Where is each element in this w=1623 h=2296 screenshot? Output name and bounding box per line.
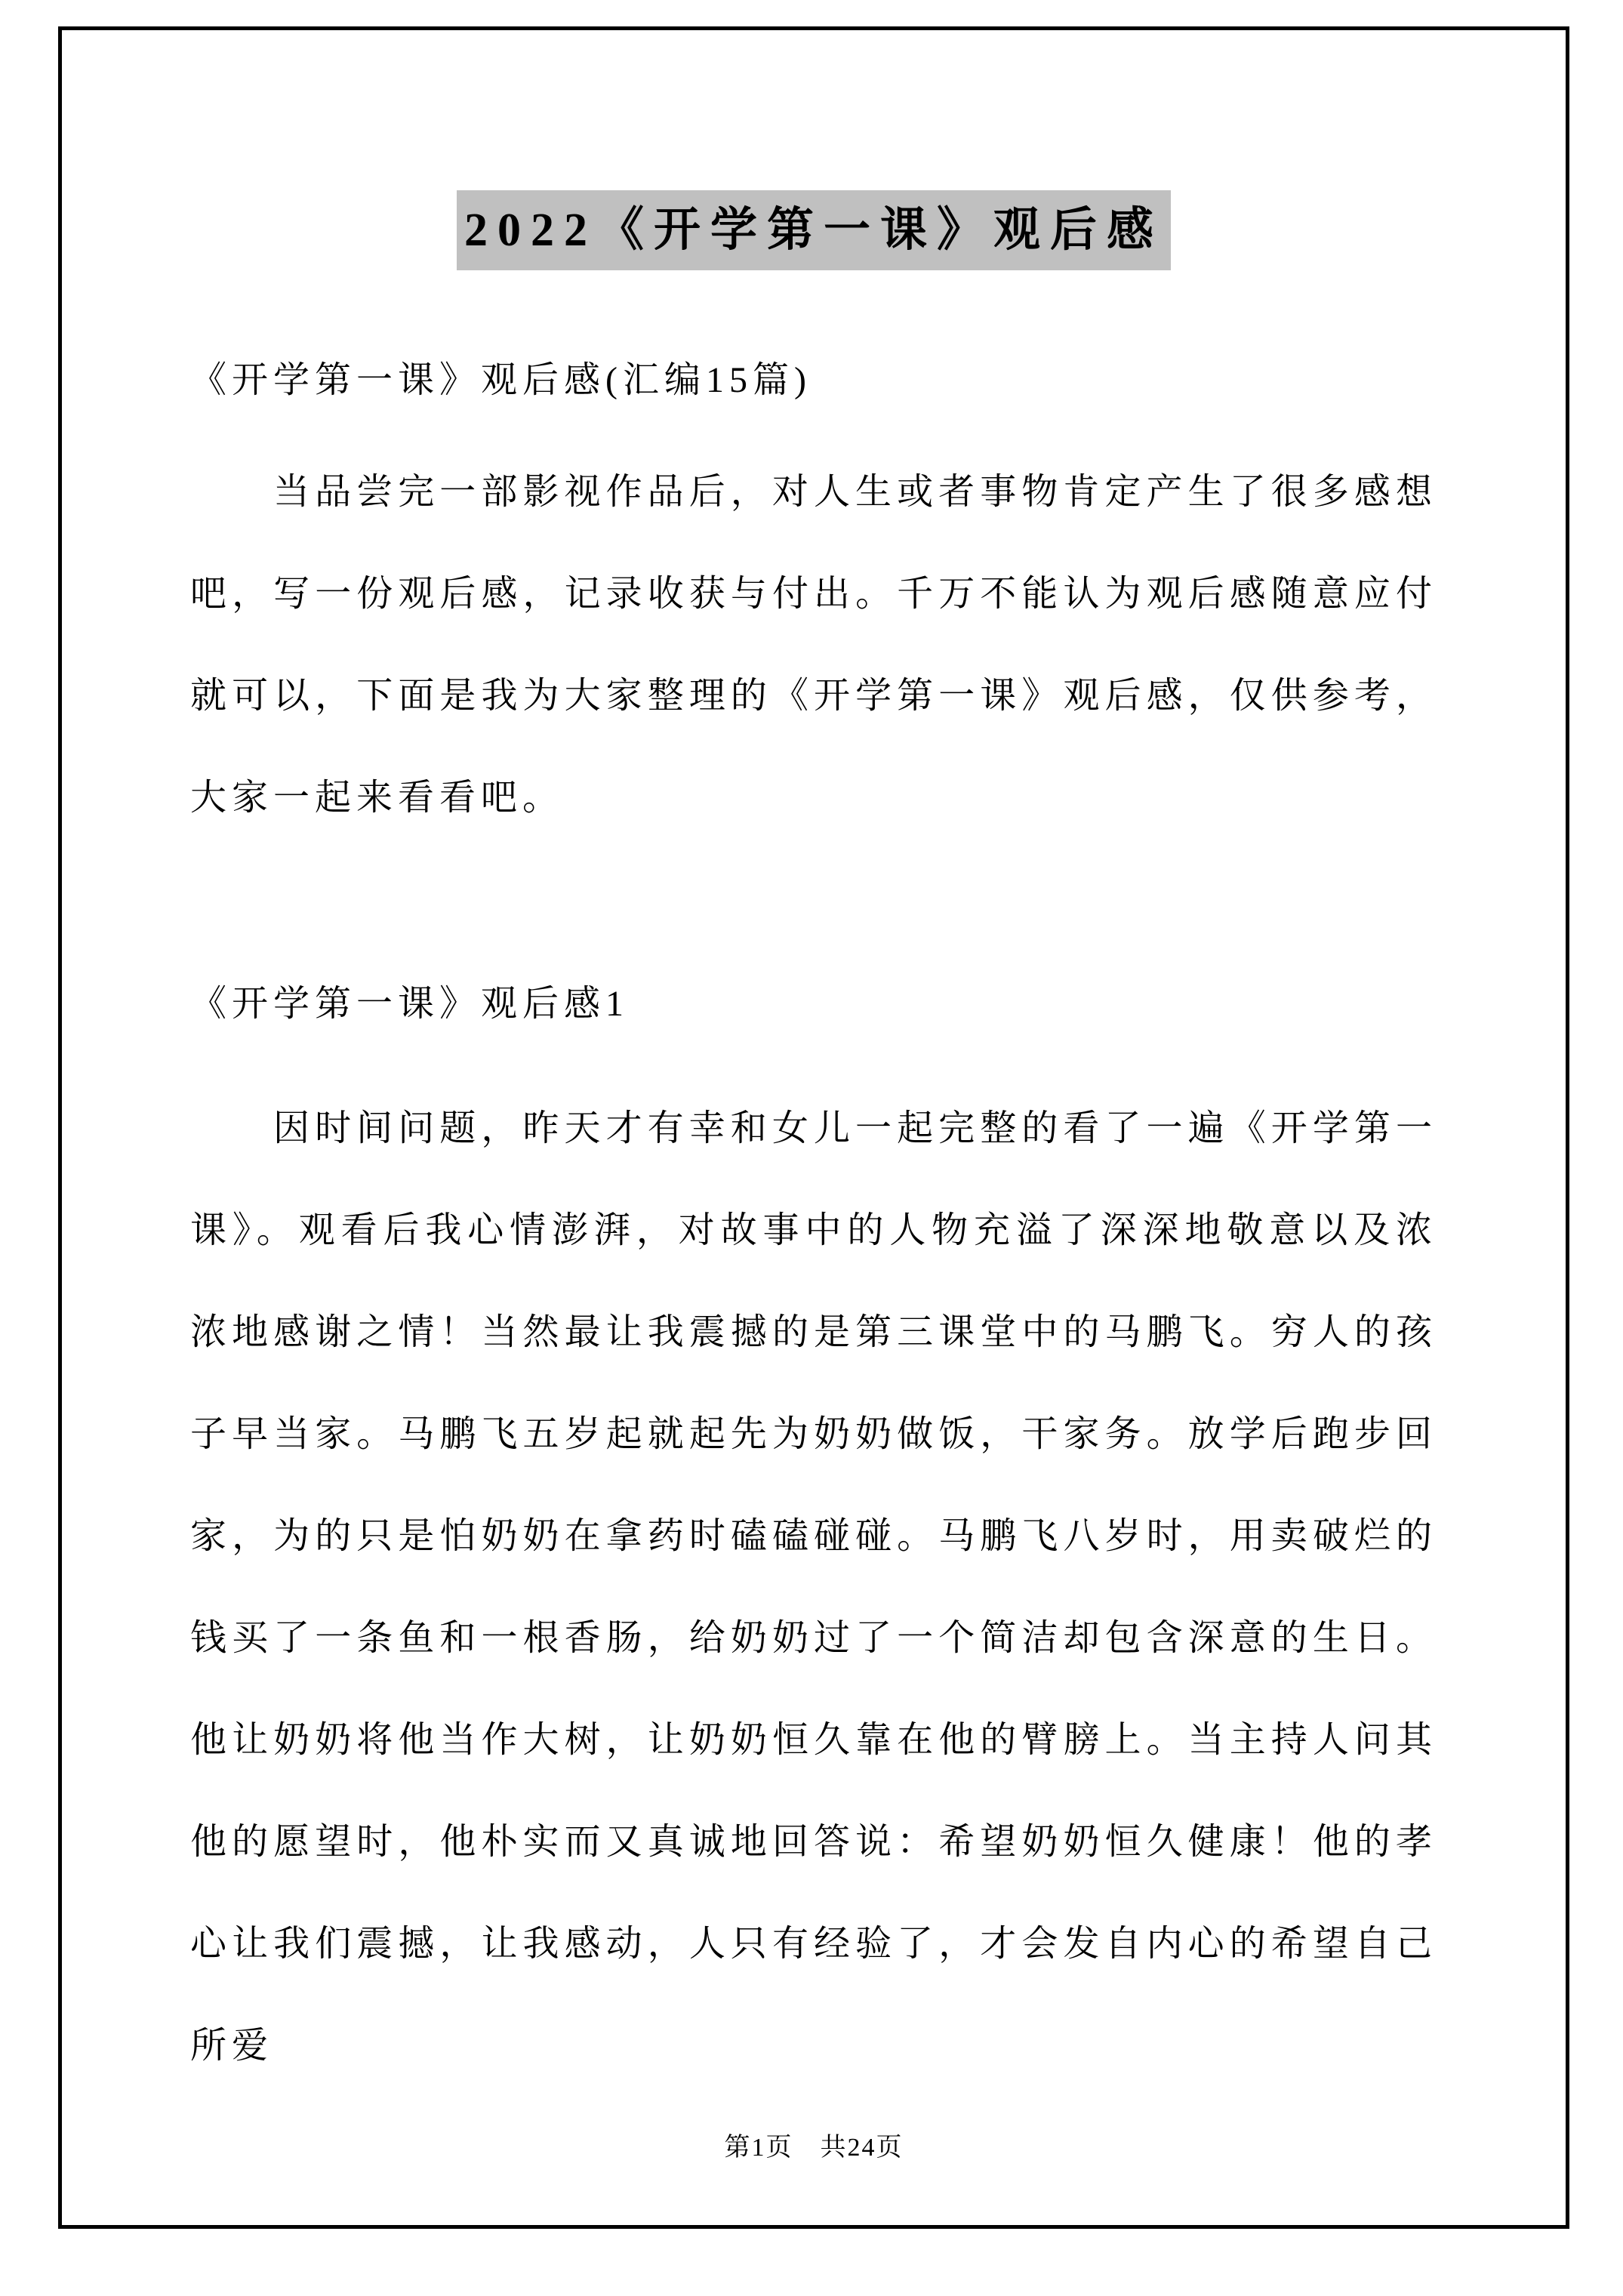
page-border-frame: 2022《开学第一课》观后感 《开学第一课》观后感(汇编15篇) 当品尝完一部影… <box>58 26 1569 2229</box>
intro-heading: 《开学第一课》观后感(汇编15篇) <box>190 329 1437 431</box>
intro-paragraph: 当品尝完一部影视作品后，对人生或者事物肯定产生了很多感想吧，写一份观后感，记录收… <box>190 441 1437 849</box>
document-title-highlight: 2022《开学第一课》观后感 <box>457 190 1171 270</box>
document-title: 2022《开学第一课》观后感 <box>190 190 1437 270</box>
page-footer: 第1页 共24页 <box>62 2126 1566 2163</box>
section-heading: 《开学第一课》观后感1 <box>190 953 1437 1055</box>
section-paragraph: 因时间问题，昨天才有幸和女儿一起完整的看了一遍《开学第一课》。观看后我心情澎湃，… <box>190 1077 1437 2097</box>
